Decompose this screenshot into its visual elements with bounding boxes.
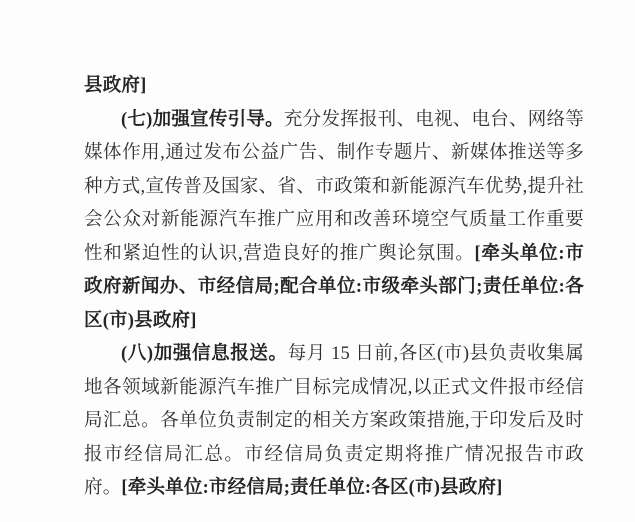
paragraph-item-8: (八)加强信息报送。每月 15 日前,各区(市)县负责收集属地各领域新能源汽车推… xyxy=(84,338,584,506)
item-8-heading: (八)加强信息报送。 xyxy=(121,344,288,364)
item-8-responsibility-clause: [牵头单位:市经信局;责任单位:各区(市)县政府] xyxy=(121,478,502,498)
responsibility-clause-tail: 县政府] xyxy=(84,76,146,96)
paragraph-item-7: (七)加强宣传引导。充分发挥报刊、电视、电台、网络等媒体作用,通过发布公益广告、… xyxy=(84,104,584,339)
item-8-body-text: 每月 15 日前,各区(市)县负责收集属地各领域新能源汽车推广目标完成情况,以正… xyxy=(84,344,584,498)
paragraph-continuation: 县政府] xyxy=(84,70,584,104)
document-page: 县政府] (七)加强宣传引导。充分发挥报刊、电视、电台、网络等媒体作用,通过发布… xyxy=(0,0,635,522)
item-7-body-text: 充分发挥报刊、电视、电台、网络等媒体作用,通过发布公益广告、制作专题片、新媒体推… xyxy=(84,110,584,264)
item-7-heading: (七)加强宣传引导。 xyxy=(121,110,284,130)
